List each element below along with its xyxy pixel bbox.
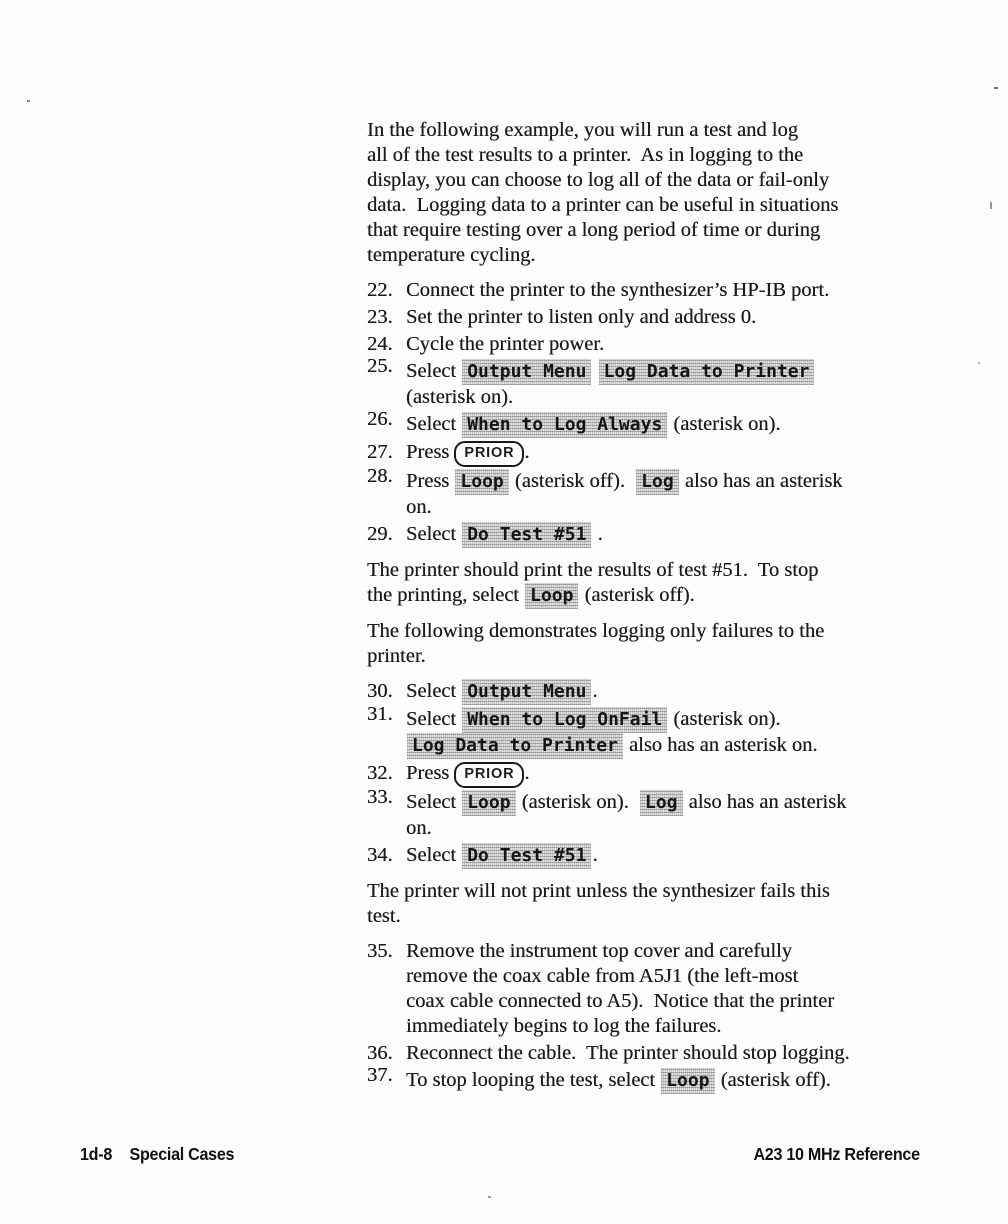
step-text: Select Output Menu Log Data to Printer (…	[406, 359, 959, 410]
softkey-label: Log	[640, 790, 683, 816]
footer-section-title: Special Cases	[129, 1144, 234, 1164]
step-text: Press Loop (asterisk off). Log also has …	[406, 469, 959, 520]
step-item: 34.Select Do Test #51.	[367, 843, 959, 869]
paragraph: The printer should print the results of …	[367, 558, 959, 609]
paragraph: The following demonstrates logging only …	[367, 619, 959, 669]
footer-left: 1d-8Special Cases	[80, 1144, 234, 1165]
step-text: Cycle the printer power.	[406, 332, 959, 357]
step-item: 29.Select Do Test #51 .	[367, 522, 959, 548]
step-text: Select Do Test #51.	[406, 843, 959, 869]
step-number: 33.	[367, 785, 406, 836]
scan-artifact	[488, 1196, 491, 1198]
step-number: 22.	[367, 278, 406, 303]
document-body: In the following example, you will run a…	[367, 118, 959, 1096]
step-text: Select When to Log Always (asterisk on).	[406, 412, 959, 438]
prior-keycap-label: PRIOR	[454, 762, 524, 788]
step-text: Press PRIOR.	[406, 761, 959, 788]
page-footer: 1d-8Special Cases A23 10 MHz Reference	[80, 1144, 920, 1165]
softkey-label: When to Log Always	[462, 412, 667, 438]
step-text: Reconnect the cable. The printer should …	[406, 1041, 959, 1066]
softkey-label: Log Data to Printer	[407, 733, 623, 759]
step-item: 27.Press PRIOR.	[367, 440, 959, 467]
paragraph: The printer will not print unless the sy…	[367, 879, 959, 929]
paragraph: In the following example, you will run a…	[367, 118, 959, 268]
softkey-label: Loop	[455, 469, 508, 495]
step-number: 35.	[367, 939, 406, 1039]
softkey-label: Loop	[462, 790, 515, 816]
step-text: To stop looping the test, select Loop (a…	[406, 1068, 959, 1094]
step-item: 33.Select Loop (asterisk on). Log also h…	[367, 790, 959, 841]
step-item: 35.Remove the instrument top cover and c…	[367, 939, 959, 1039]
step-text: Connect the printer to the synthesizer’s…	[406, 278, 959, 303]
paragraph-text: The following demonstrates logging only …	[367, 620, 824, 667]
softkey-label: Log Data to Printer	[599, 359, 815, 385]
softkey-label: Output Menu	[462, 359, 591, 385]
step-number: 26.	[367, 407, 406, 433]
step-item: 24.Cycle the printer power.	[367, 332, 959, 357]
scan-artifact	[990, 202, 992, 209]
step-item: 37.To stop looping the test, select Loop…	[367, 1068, 959, 1094]
step-item: 28.Press Loop (asterisk off). Log also h…	[367, 469, 959, 520]
step-number: 31.	[367, 702, 406, 754]
scan-artifact	[27, 100, 30, 102]
softkey-label: Output Menu	[462, 679, 591, 705]
step-item: 23.Set the printer to listen only and ad…	[367, 305, 959, 330]
step-text: Select When to Log OnFail (asterisk on).…	[406, 707, 959, 759]
paragraph-text: The printer will not print unless the sy…	[367, 880, 830, 927]
scan-artifact	[978, 362, 980, 364]
step-number: 29.	[367, 522, 406, 548]
step-number: 34.	[367, 843, 406, 869]
paragraph-text: In the following example, you will run a…	[367, 119, 838, 266]
footer-chapter-title: A23 10 MHz Reference	[754, 1144, 920, 1165]
step-item: 31.Select When to Log OnFail (asterisk o…	[367, 707, 959, 759]
step-number: 28.	[367, 464, 406, 515]
step-text: Select Output Menu.	[406, 679, 959, 705]
step-number: 27.	[367, 440, 406, 467]
step-item: 30.Select Output Menu.	[367, 679, 959, 705]
step-number: 37.	[367, 1063, 406, 1089]
softkey-label: Do Test #51	[462, 843, 591, 869]
step-number: 23.	[367, 305, 406, 330]
step-item: 25.Select Output Menu Log Data to Printe…	[367, 359, 959, 410]
softkey-label: Log	[636, 469, 679, 495]
scan-artifact	[994, 87, 998, 89]
step-number: 32.	[367, 761, 406, 788]
prior-keycap-label: PRIOR	[454, 441, 524, 467]
step-item: 22.Connect the printer to the synthesize…	[367, 278, 959, 303]
step-text: Select Loop (asterisk on). Log also has …	[406, 790, 959, 841]
softkey-label: When to Log OnFail	[462, 707, 667, 733]
softkey-label: Do Test #51	[462, 522, 591, 548]
step-number: 25.	[367, 354, 406, 405]
softkey-label: Loop	[661, 1068, 714, 1094]
paragraph-text: The printer should print the results of …	[367, 559, 818, 606]
step-text: Select Do Test #51 .	[406, 522, 959, 548]
step-item: 26.Select When to Log Always (asterisk o…	[367, 412, 959, 438]
step-item: 32.Press PRIOR.	[367, 761, 959, 788]
manual-page: In the following example, you will run a…	[0, 0, 1008, 1224]
step-text: Press PRIOR.	[406, 440, 959, 467]
step-item: 36.Reconnect the cable. The printer shou…	[367, 1041, 959, 1066]
softkey-label: Loop	[525, 583, 578, 609]
step-text: Remove the instrument top cover and care…	[406, 939, 959, 1039]
footer-page-number: 1d-8	[80, 1144, 112, 1164]
step-text: Set the printer to listen only and addre…	[406, 305, 959, 330]
